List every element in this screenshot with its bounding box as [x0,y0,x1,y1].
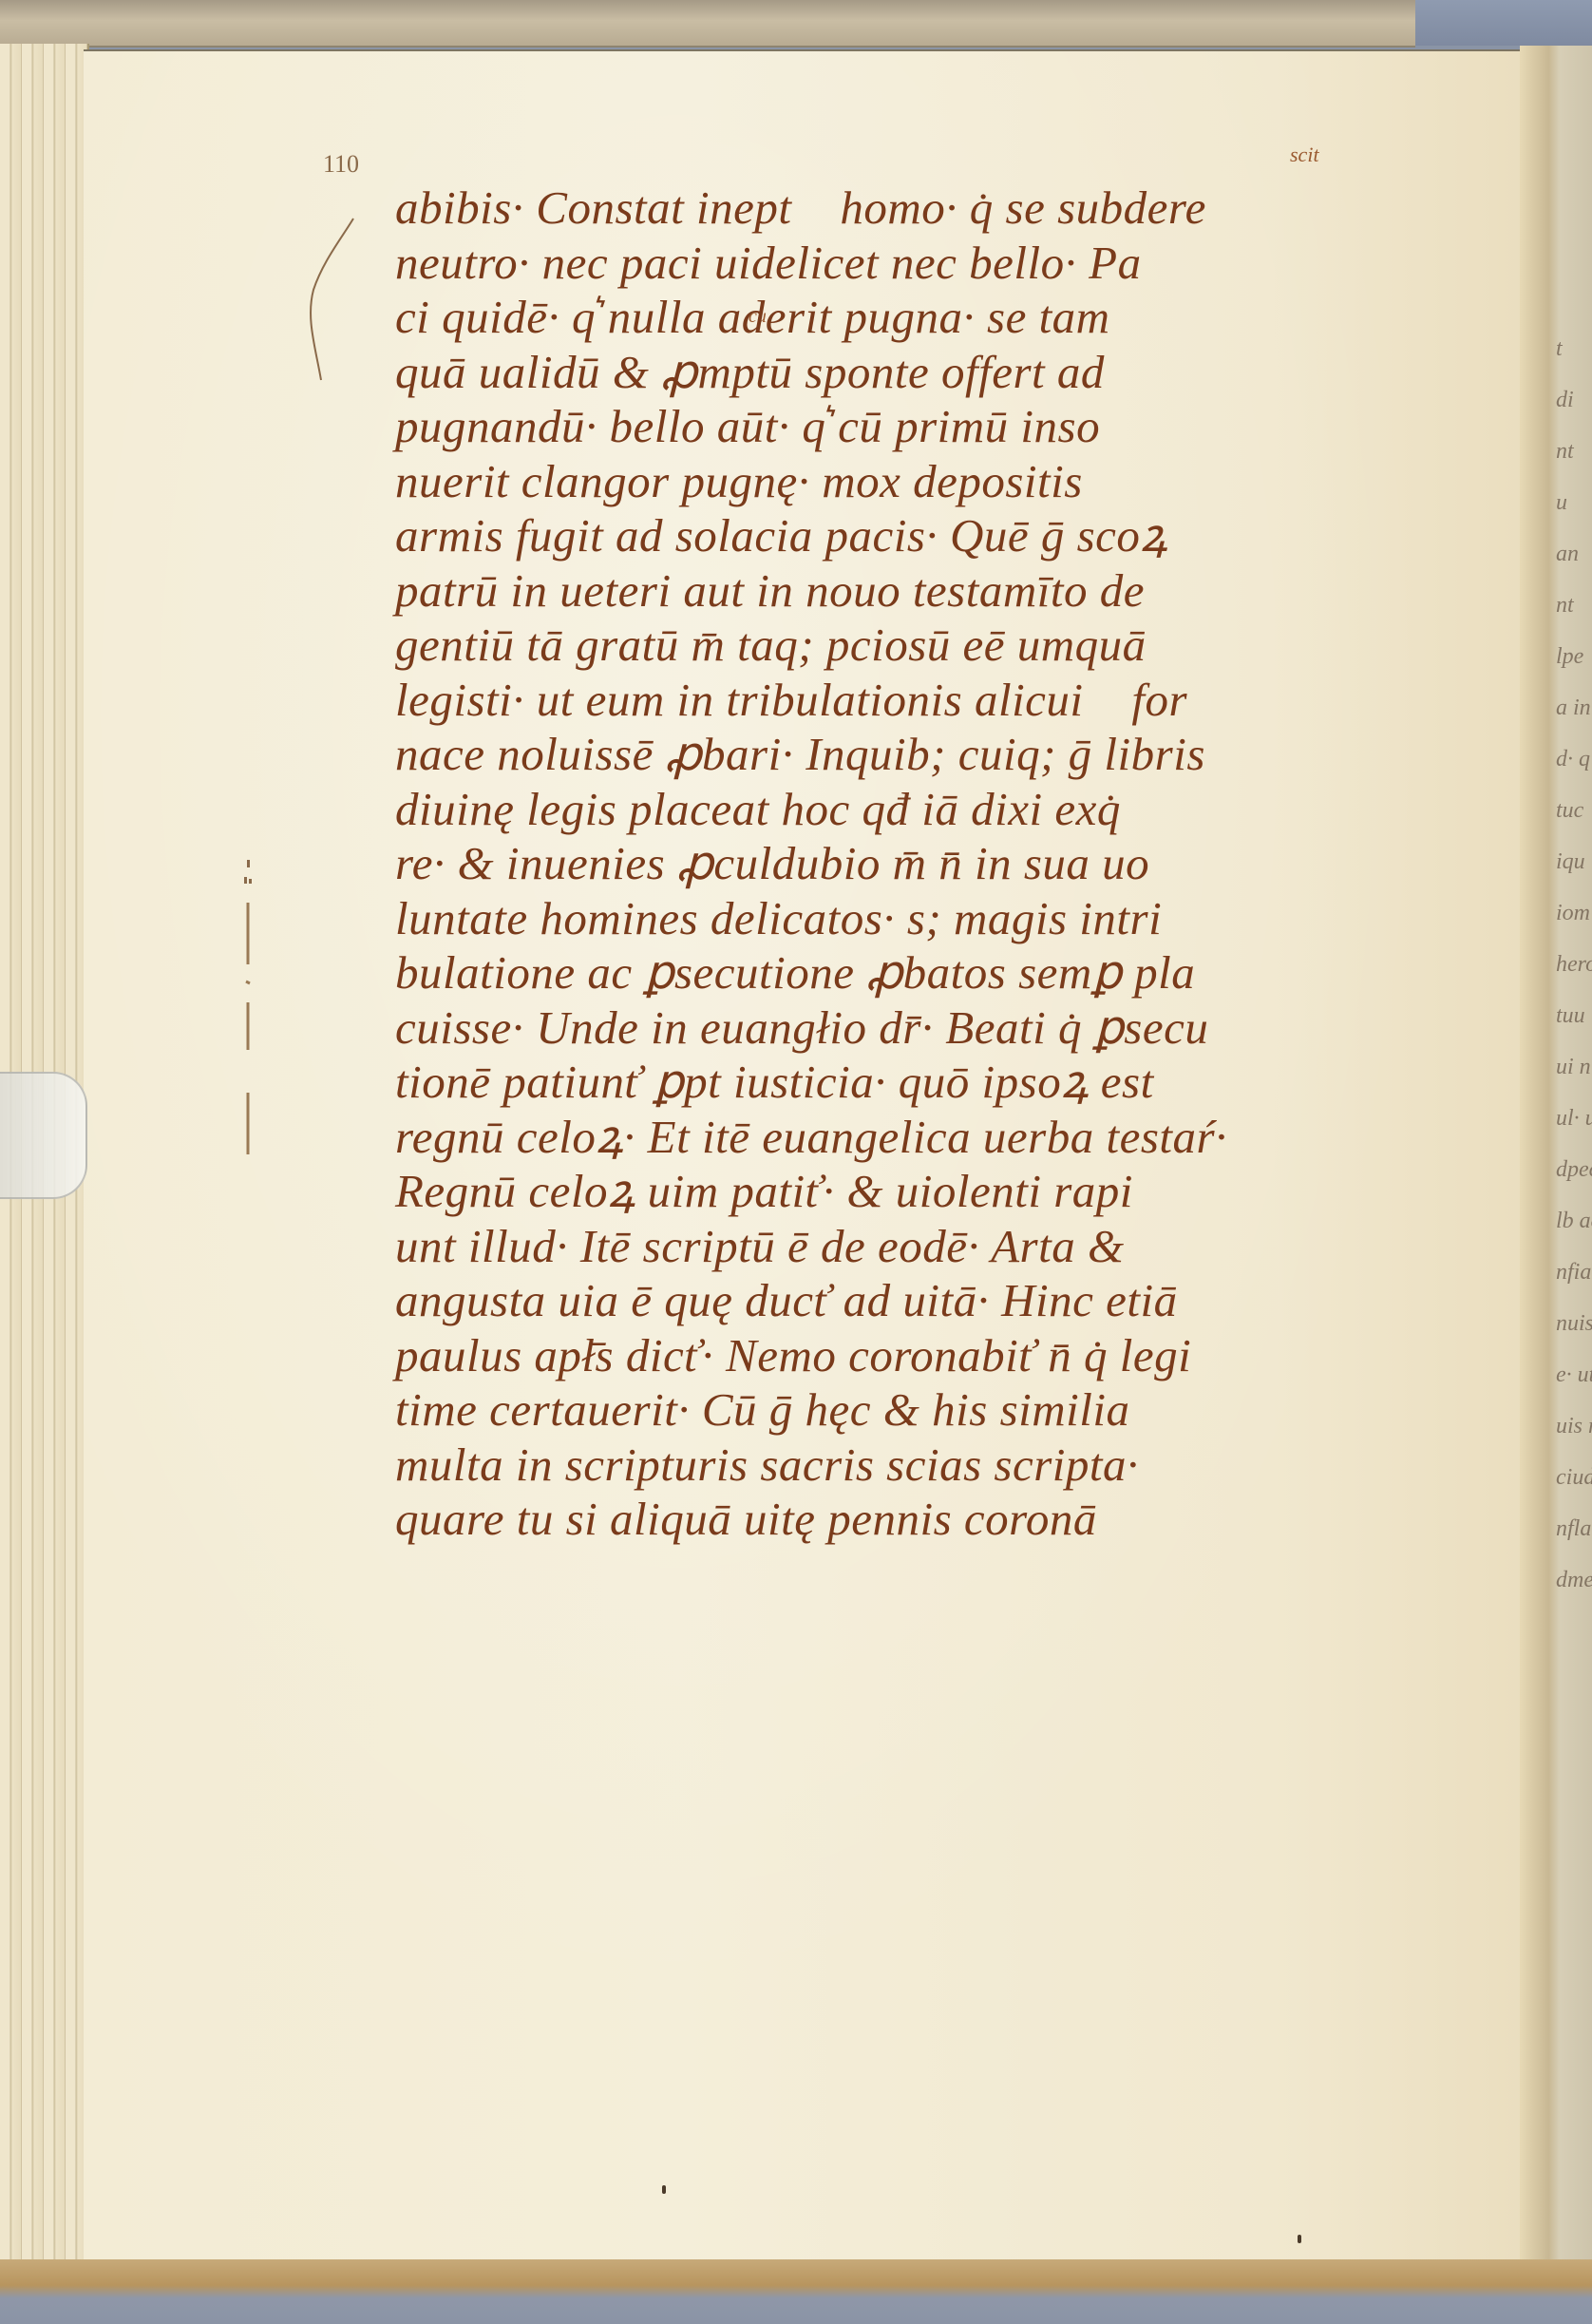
text-line: tionē patiunť ꝑpt iusticia· quō ipsoꝝ es… [395,1055,1488,1110]
text-line: quā ualidū & ꝓmptū sponte offert ad [395,345,1488,400]
text-line: quare tu si aliquā uitę pennis coronā [395,1492,1488,1547]
background-top-right [1415,0,1592,46]
text-line: time certauerit· Cū ḡ hęc & his similia [395,1382,1488,1438]
text-line: multa in scripturis sacris scias scripta… [395,1438,1488,1493]
text-line: bulatione ac ꝑsecutione ꝓbatos semꝑ pla [395,945,1488,1000]
parchment-speck [1298,2235,1301,2243]
text-line: nace noluissē ꝓbari· Inquib; cuiq; ḡ lib… [395,727,1488,782]
facing-fragment: ui n [1556,1041,1592,1093]
facing-fragment: nt [1556,426,1592,477]
parchment-speck [662,2185,666,2194]
facing-fragment: di [1556,374,1592,426]
text-line: unt illud· Itē scriptū ē de eodē· Arta & [395,1219,1488,1274]
text-line: regnū celoꝝ· Et itē euangelica uerba tes… [395,1110,1488,1165]
facing-fragment: tuu [1556,990,1592,1041]
facing-fragment: d· q [1556,733,1592,785]
facing-fragment: e· ut [1556,1349,1592,1400]
facing-fragment: lb ad [1556,1195,1592,1247]
facing-fragment: nfia [1556,1247,1592,1298]
main-text-column: abibis· Constat inept᷒ homo· q̇ se subde… [395,181,1488,1547]
text-line: pugnandū· bello aūt· q͛ cū primū inso [395,399,1488,454]
margin-vertical-mark [242,860,254,1154]
text-line: luntate homines delicatos· s; magis intr… [395,891,1488,946]
facing-fragment: a in [1556,682,1592,733]
facing-fragment: ul· u [1556,1093,1592,1144]
text-line: nuerit clangor pugnę· mox depositis [395,454,1488,509]
facing-fragment: nfla mdr [1556,1503,1592,1554]
facing-fragment: u [1556,477,1592,528]
facing-fragment: iom [1556,887,1592,939]
text-line: neutro· nec paci uidelicet nec bello· Pa [395,236,1488,291]
book-bottom-edge [0,2259,1592,2324]
text-line: legisti· ut eum in tribulationis alicui᷒… [395,673,1488,728]
text-line: patrū in ueteri aut in nouo testamīto de [395,563,1488,619]
facing-fragment: nuis co [1556,1298,1592,1349]
text-line: cuisse· Unde in euangłio dr̄· Beati q̇ ꝑ… [395,1000,1488,1056]
text-line: armis fugit ad solacia pacis· Quē ḡ scoꝝ [395,508,1488,563]
margin-curve-mark [304,214,361,385]
facing-fragment: iqu [1556,836,1592,887]
book-clasp [0,1072,87,1199]
facing-fragment: an [1556,528,1592,580]
text-line: paulus apł̄s dicť· Nemo coronabiť n̄ q̇ … [395,1328,1488,1383]
facing-fragment: hero [1556,939,1592,990]
text-line: abibis· Constat inept᷒ homo· q̇ se subde… [395,181,1488,236]
text-line: diuinę legis placeat hoc qđ iā dixi exq̇ [395,782,1488,837]
interlinear-gloss-scit: scit [1290,143,1319,167]
facing-fragment: dmere [1556,1554,1592,1606]
facing-fragment: tuc [1556,785,1592,836]
facing-fragment: nt [1556,580,1592,631]
facing-fragment: lpe [1556,631,1592,682]
facing-fragment: t [1556,323,1592,374]
text-line: angusta uia ē quę ducť ad uitā· Hinc eti… [395,1273,1488,1328]
facing-page-text: t di nt u an nt lpe a in d· q tuc iqu io… [1556,323,1592,1606]
text-line: Regnū celoꝝ uim patiť· & uiolenti rapi [395,1164,1488,1219]
text-line: ci quidē· q͛ nulla aderit pugna· se tam [395,290,1488,345]
text-line: re· & inuenies ꝓculdubio m̄ n̄ in sua uo [395,836,1488,891]
text-line: gentiū tā gratū m̄ taq; pciosū eē umquā [395,618,1488,673]
book-top-edge [0,0,1415,48]
facing-fragment: ciudia [1556,1452,1592,1503]
facing-fragment: uis mul [1556,1400,1592,1452]
facing-fragment: dpec [1556,1144,1592,1195]
folio-number: 110 [323,150,359,179]
